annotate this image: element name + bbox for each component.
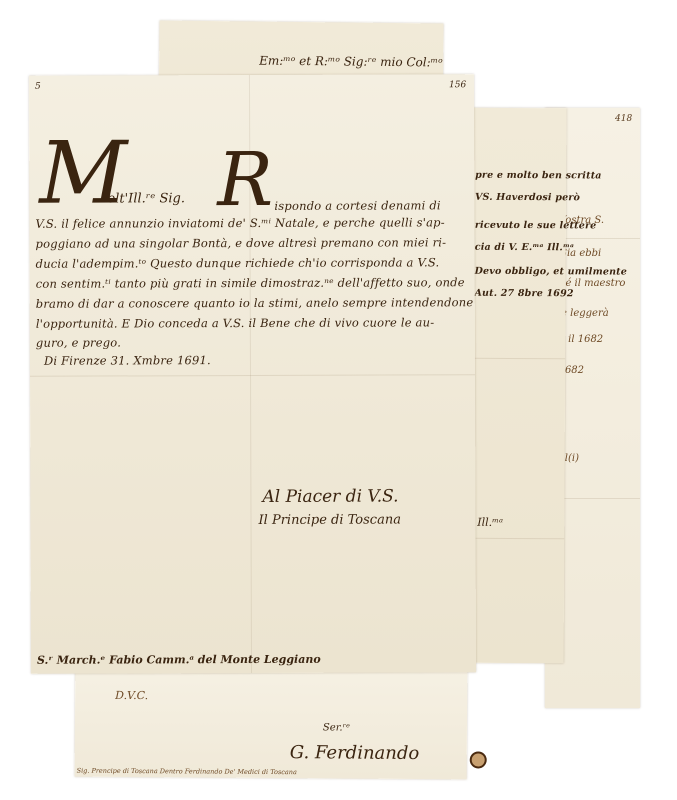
right-folio-number: 418	[615, 114, 632, 124]
address-signature: G. Ferdinando	[290, 742, 420, 764]
body-line-2: poggiano ad una singolar Bontà, e dove a…	[36, 235, 447, 250]
middle-line-2: VS. Haverdosi però	[475, 192, 580, 204]
middle-line-6: Aut. 27 8bre 1692	[474, 288, 573, 300]
body-line-5: bramo di dar a conoscere quanto io la st…	[36, 295, 474, 311]
closing-line-1: Al Piacer di V.S.	[262, 486, 398, 506]
folio-left: 5	[35, 82, 41, 92]
opening-text: ispondo a cortesi denami di	[274, 198, 440, 213]
dateline: Di Firenze 31. Xmbre 1691.	[44, 353, 211, 368]
body-line-7: guro, e prego.	[36, 335, 121, 349]
opening-initial: R	[217, 137, 273, 223]
middle-letter-sheet: pre e molto ben scritta VS. Haverdosi pe…	[471, 108, 567, 663]
middle-signature-fragment: Ill.ᵐᵃ	[477, 516, 503, 529]
main-letter-sheet: 5 156 M olt'Ill.ʳᵉ Sig. R ispondo a cort…	[29, 74, 476, 674]
closing-line-2: Il Principe di Toscana	[258, 512, 400, 527]
address-footnote: Sig. Prencipe di Toscana Dentro Ferdinan…	[77, 767, 297, 777]
middle-line-1: pre e molto ben scritta	[475, 170, 602, 182]
salutation-text: olt'Ill.ʳᵉ Sig.	[107, 191, 185, 206]
address-slip-sheet: D.V.C. Ser.ʳᵉ G. Ferdinando Sig. Prencip…	[75, 659, 468, 780]
middle-line-3: ricevuto le sue lettere	[475, 220, 597, 232]
body-line-3: ducia l'adempim.ᵗᵒ Questo dunque richied…	[36, 255, 440, 270]
recipient-line: S.ʳ March.ᵉ Fabio Camm.ᵃ del Monte Leggi…	[37, 653, 321, 667]
back-sheet-heading: Em:ᵐᵒ et R:ᵐᵒ Sig:ʳᵉ mio Col:ᵐᵒ	[259, 54, 443, 70]
folio-right: 156	[449, 80, 466, 90]
salutation-initial: M	[39, 123, 127, 223]
body-line-4: con sentim.ᵗⁱ tanto più grati in simile …	[36, 275, 465, 290]
body-line-6: l'opportunità. E Dio conceda a V.S. il B…	[36, 315, 435, 330]
middle-line-4: cia di V. E.ᵐᵃ Ill.ᵐᵃ	[475, 242, 574, 254]
body-line-1: V.S. il felice annunzio inviatomi de' S.…	[35, 215, 444, 230]
wax-seal-mark	[470, 751, 487, 768]
middle-line-5: Devo obbligo, et umilmente	[475, 266, 627, 278]
address-servant: Ser.ʳᵉ	[323, 722, 350, 733]
address-initials: D.V.C.	[115, 689, 148, 702]
